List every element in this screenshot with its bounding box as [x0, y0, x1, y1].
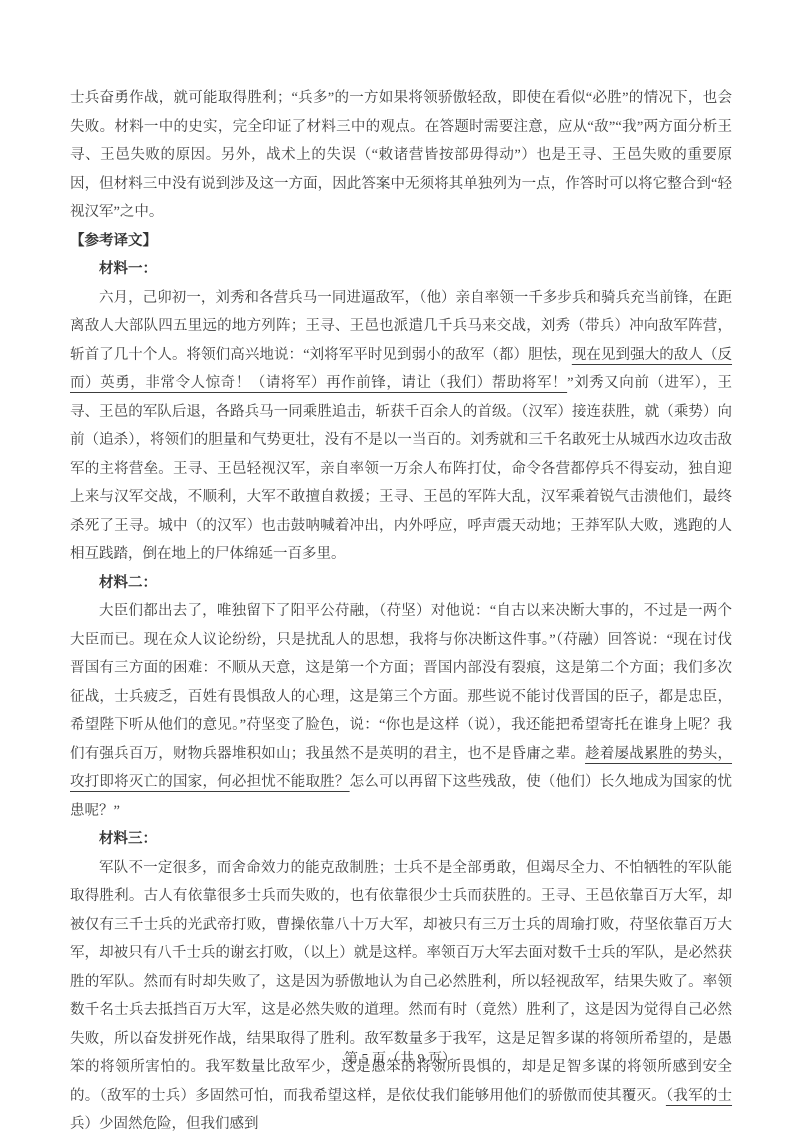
material-3-heading: 材料三：	[70, 825, 732, 854]
material-1-heading: 材料一：	[70, 255, 732, 284]
reference-translation-heading: 【参考译文】	[70, 227, 732, 256]
analysis-paragraph: 士兵奋勇作战，就可能取得胜利；“兵多”的一方如果将领骄傲轻敌，即使在看似“必胜”…	[70, 84, 732, 227]
material-3-paragraph: 军队不一定很多，而舍命效力的能克敌制胜；士兵不是全部勇敢，但竭尽全力、不怕牺牲的…	[70, 854, 732, 1132]
material-1-paragraph: 六月，己卯初一，刘秀和各营兵马一同进逼敌军，（他）亲自率领一千多步兵和骑兵充当前…	[70, 284, 732, 569]
document-page: 士兵奋勇作战，就可能取得胜利；“兵多”的一方如果将领骄傲轻敌，即使在看似“必胜”…	[0, 0, 800, 1132]
material-2-paragraph: 大臣们都出去了，唯独留下了阳平公苻融，（苻坚）对他说：“自古以来决断大事的，不过…	[70, 597, 732, 825]
text-segment: 大臣们都出去了，唯独留下了阳平公苻融，（苻坚）对他说：“自古以来决断大事的，不过…	[70, 603, 732, 762]
page-footer: 第 5 页（共 9 页）	[0, 1048, 800, 1072]
text-segment: ”刘秀又向前（进军），王寻、王邑的军队后退，各路兵马一同乘胜追击，斩获千百余人的…	[70, 375, 732, 562]
material-2-heading: 材料二：	[70, 569, 732, 598]
text-segment: 士兵奋勇作战，就可能取得胜利；“兵多”的一方如果将领骄傲轻敌，即使在看似“必胜”…	[70, 90, 732, 220]
